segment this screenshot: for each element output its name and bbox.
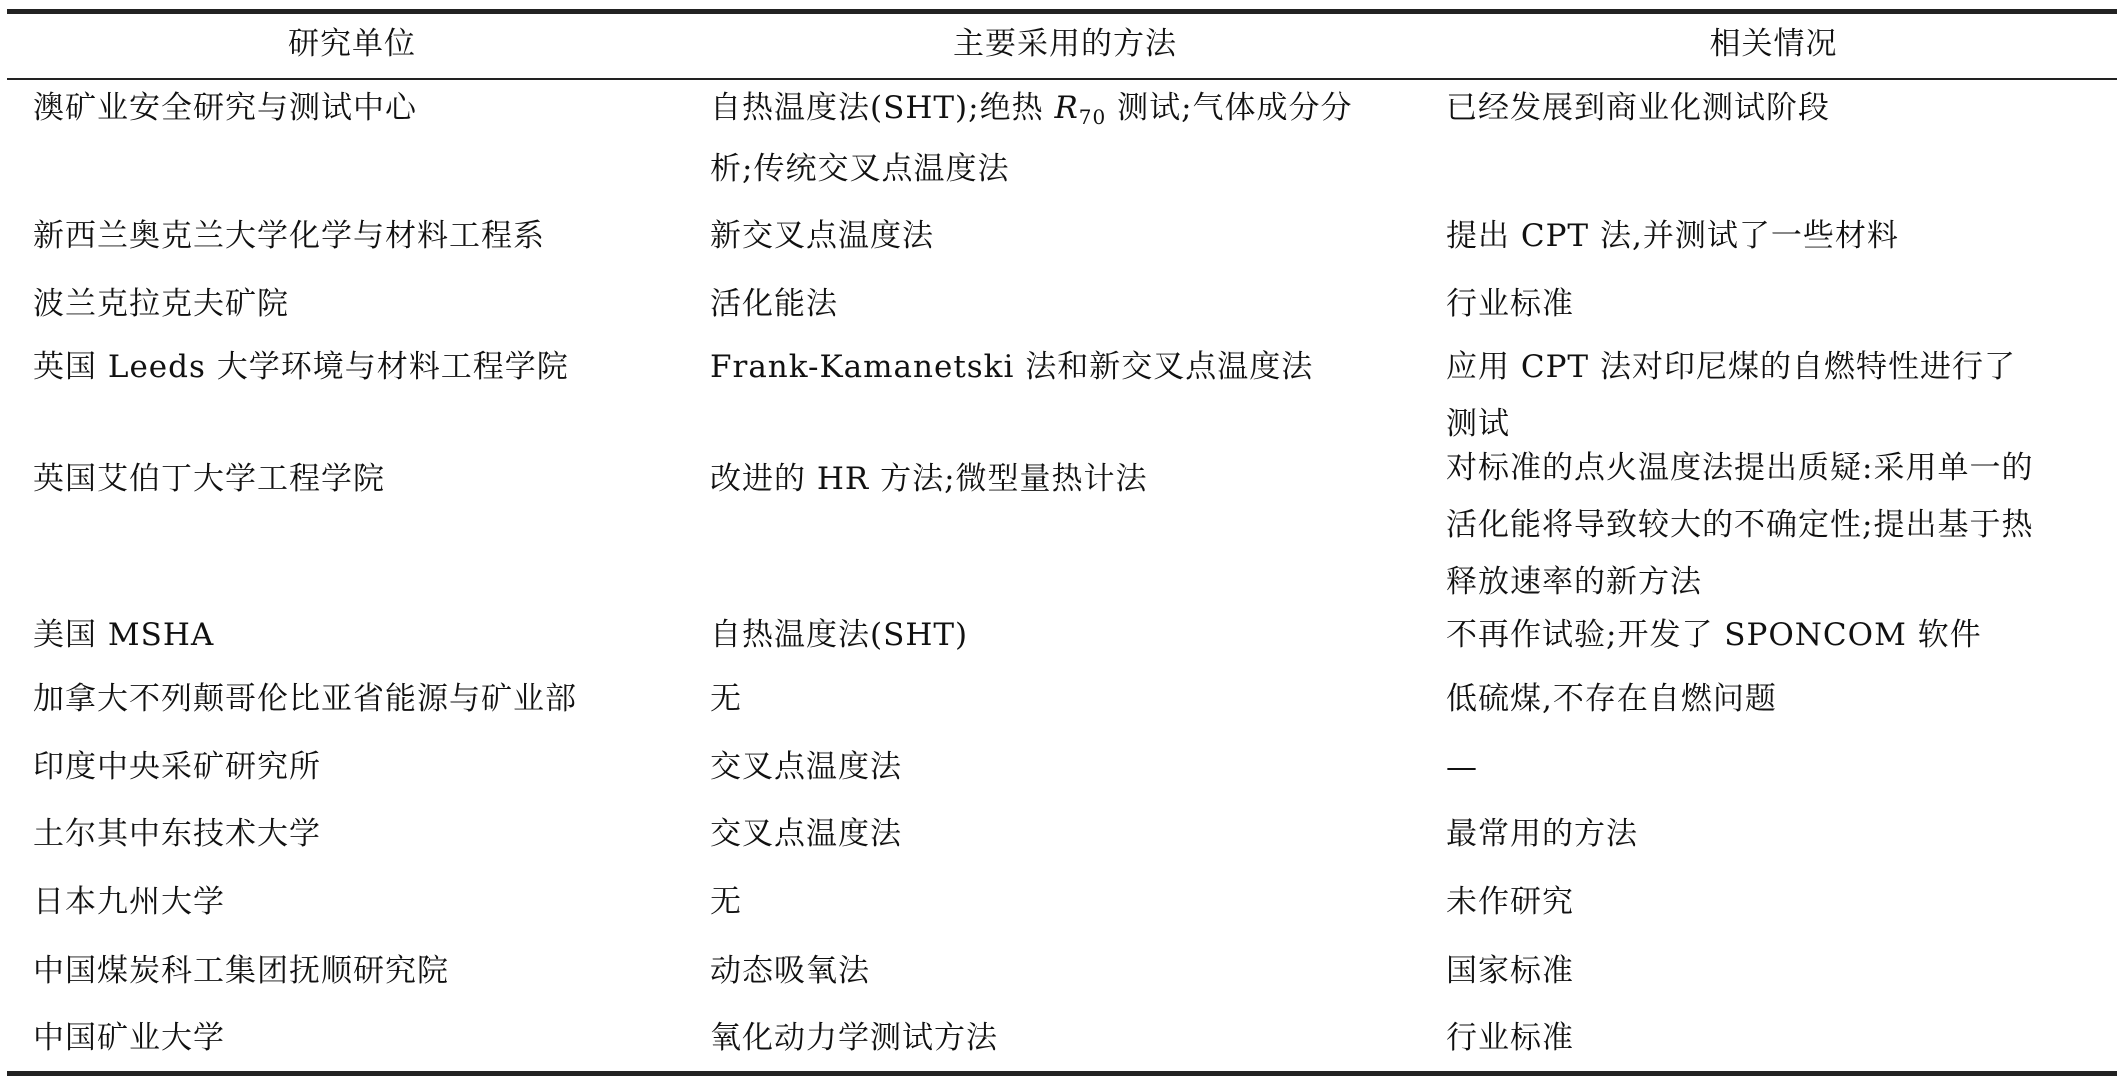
cell-status: 行业标准 — [1446, 284, 1574, 324]
cell-unit: 英国艾伯丁大学工程学院 — [33, 459, 385, 499]
cell-unit: 美国 MSHA — [33, 615, 214, 655]
cell-method: 自热温度法(SHT);绝热 R70 测试;气体成分分 — [710, 88, 1353, 128]
cell-unit: 澳矿业安全研究与测试中心 — [33, 88, 417, 128]
cell-status-line3: 释放速率的新方法 — [1446, 562, 1702, 602]
cell-status-line2: 测试 — [1446, 404, 1510, 444]
cell-unit: 波兰克拉克夫矿院 — [33, 284, 289, 324]
cell-status: 提出 CPT 法,并测试了一些材料 — [1446, 216, 1899, 256]
cell-unit: 中国矿业大学 — [33, 1018, 225, 1058]
cell-method: 改进的 HR 方法;微型量热计法 — [710, 459, 1148, 499]
cell-unit: 印度中央采矿研究所 — [33, 747, 321, 787]
header-status: 相关情况 — [1430, 24, 2117, 64]
cell-unit: 英国 Leeds 大学环境与材料工程学院 — [33, 347, 569, 387]
cell-status: 对标准的点火温度法提出质疑:采用单一的 — [1446, 448, 2033, 488]
cell-status: 低硫煤,不存在自燃问题 — [1446, 679, 1777, 719]
cell-status: 最常用的方法 — [1446, 814, 1638, 854]
cell-status: 不再作试验;开发了 SPONCOM 软件 — [1446, 615, 1982, 655]
header-unit: 研究单位 — [7, 24, 697, 64]
cell-unit: 土尔其中东技术大学 — [33, 814, 321, 854]
cell-method: 活化能法 — [710, 284, 838, 324]
cell-status: — — [1446, 747, 1478, 787]
cell-unit: 日本九州大学 — [33, 882, 225, 922]
cell-method: 氧化动力学测试方法 — [710, 1018, 998, 1058]
cell-method: 自热温度法(SHT) — [710, 615, 968, 655]
cell-method: Frank-Kamanetski 法和新交叉点温度法 — [710, 347, 1313, 387]
cell-method: 无 — [710, 679, 742, 719]
cell-method: 交叉点温度法 — [710, 814, 902, 854]
bottom-rule — [7, 1071, 2117, 1076]
header-rule — [7, 78, 2117, 80]
method-text: 测试;气体成分分 — [1106, 90, 1352, 126]
r-subscript: 70 — [1079, 105, 1106, 129]
cell-method: 动态吸氧法 — [710, 951, 870, 991]
cell-status: 已经发展到商业化测试阶段 — [1446, 88, 1830, 128]
top-rule — [7, 9, 2117, 14]
r-variable: R — [1054, 90, 1078, 126]
cell-status: 应用 CPT 法对印尼煤的自燃特性进行了 — [1446, 347, 2016, 387]
cell-unit: 中国煤炭科工集团抚顺研究院 — [33, 951, 449, 991]
cell-unit: 加拿大不列颠哥伦比亚省能源与矿业部 — [33, 679, 577, 719]
header-method: 主要采用的方法 — [700, 24, 1430, 64]
cell-method: 无 — [710, 882, 742, 922]
cell-status: 未作研究 — [1446, 882, 1574, 922]
cell-status-line2: 活化能将导致较大的不确定性;提出基于热 — [1446, 505, 2033, 545]
cell-method: 交叉点温度法 — [710, 747, 902, 787]
cell-unit: 新西兰奥克兰大学化学与材料工程系 — [33, 216, 545, 256]
cell-method-line2: 析;传统交叉点温度法 — [710, 149, 1009, 189]
cell-status: 行业标准 — [1446, 1018, 1574, 1058]
method-text: 自热温度法(SHT);绝热 — [710, 90, 1054, 126]
cell-status: 国家标准 — [1446, 951, 1574, 991]
cell-method: 新交叉点温度法 — [710, 216, 934, 256]
